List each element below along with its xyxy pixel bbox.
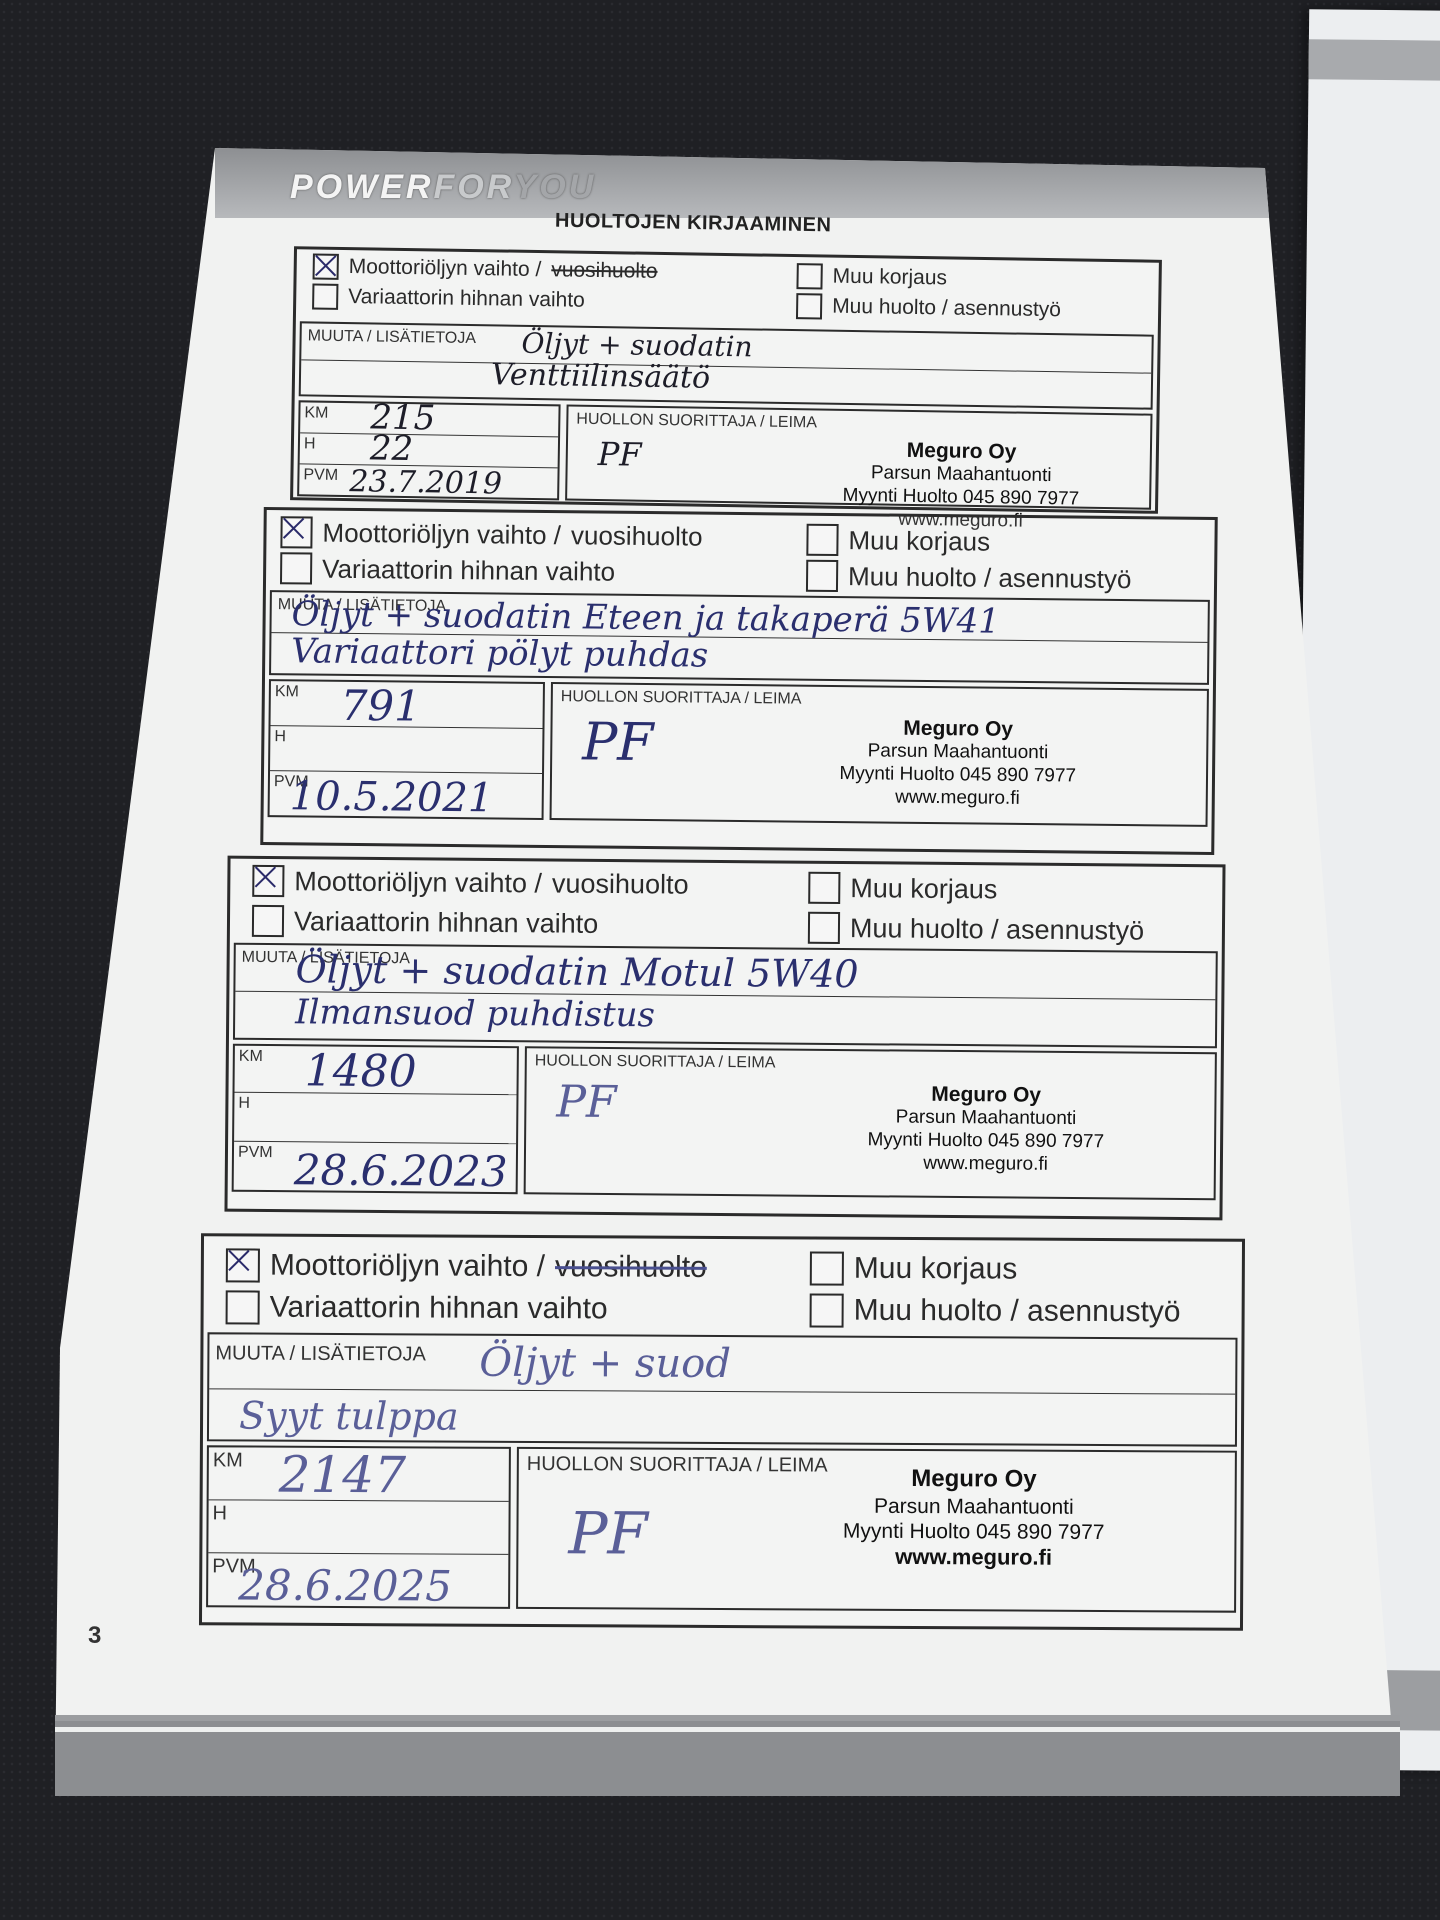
other-repair-label: Muu korjaus: [850, 873, 997, 905]
checkbox-icon[interactable]: [806, 524, 838, 556]
performer-stamp-box: HUOLLON SUORITTAJA / LEIMA PF Meguro Oy …: [565, 404, 1152, 509]
date-label: PVM: [238, 1144, 273, 1162]
oil-change-label: Moottoriöljyn vaihto /: [322, 517, 561, 550]
measurements-box: KM215 H22 PVM23.7.2019: [297, 400, 560, 500]
service-record-4: Moottoriöljyn vaihto / vuosihuolto Varia…: [199, 1233, 1245, 1630]
variator-belt-option[interactable]: Variaattorin hihnan vaihto: [226, 1290, 608, 1326]
performer-label: HUOLLON SUORITTAJA / LEIMA: [527, 1453, 828, 1478]
stamp-company: Meguro Oy: [868, 1081, 1105, 1108]
checkbox-icon[interactable]: [252, 905, 284, 937]
other-service-option[interactable]: Muu huolto / asennustyö: [806, 560, 1132, 595]
performer-stamp-box: HUOLLON SUORITTAJA / LEIMA PF Meguro Oy …: [550, 682, 1209, 827]
notes-field[interactable]: MUUTA / LISÄTIETOJA Öljyt + suodatin Ete…: [269, 590, 1210, 685]
checkbox-icon[interactable]: [280, 552, 312, 584]
other-repair-label: Muu korjaus: [832, 265, 947, 291]
oil-change-option[interactable]: Moottoriöljyn vaihto / vuosihuolto: [313, 253, 658, 284]
hours-label: H: [274, 728, 286, 746]
notes-field[interactable]: MUUTA / LISÄTIETOJA Öljyt + suodatin Mot…: [233, 943, 1218, 1049]
annual-service-label: vuosihuolto: [571, 520, 703, 552]
measurements-box: KM1480 H PVM28.6.2023: [232, 1044, 519, 1194]
service-record-1: Moottoriöljyn vaihto / vuosihuolto Varia…: [290, 246, 1162, 514]
km-value: 2147: [279, 1446, 407, 1505]
other-repair-option[interactable]: Muu korjaus: [810, 1251, 1018, 1286]
signature: PF: [556, 1077, 617, 1129]
footer-band: [55, 1715, 1400, 1796]
oil-change-option[interactable]: Moottoriöljyn vaihto / vuosihuolto: [226, 1248, 707, 1285]
stamp-line-2: Parsun Maahantuonti: [868, 1106, 1105, 1131]
adjacent-page-band: [1308, 39, 1440, 81]
date-label: PVM: [303, 466, 338, 485]
notes-field[interactable]: MUUTA / LISÄTIETOJA Öljyt + suod Syyt tu…: [207, 1332, 1238, 1446]
variator-belt-label: Variaattorin hihnan vaihto: [270, 1291, 608, 1327]
checkbox-checked-icon[interactable]: [313, 253, 339, 279]
oil-change-option[interactable]: Moottoriöljyn vaihto / vuosihuolto: [280, 516, 702, 552]
km-value: 1480: [304, 1045, 416, 1097]
notes-field[interactable]: MUUTA / LISÄTIETOJA Öljyt + suodatin Ven…: [299, 321, 1154, 409]
variator-belt-label: Variaattorin hihnan vaihto: [348, 285, 585, 313]
stamp-company: Meguro Oy: [843, 437, 1080, 466]
stamp-website: www.meguro.fi: [839, 786, 1076, 811]
other-repair-option[interactable]: Muu korjaus: [806, 524, 990, 558]
performer-label: HUOLLON SUORITTAJA / LEIMA: [561, 688, 802, 709]
measurements-box: KM2147 H PVM28.6.2025: [206, 1445, 511, 1609]
km-label: KM: [275, 683, 299, 701]
hours-label: H: [238, 1095, 250, 1113]
stamp-line-2: Parsun Maahantuonti: [840, 740, 1077, 765]
checkbox-icon[interactable]: [810, 1293, 844, 1327]
date-value: 23.7.2019: [349, 464, 502, 501]
checkbox-icon[interactable]: [810, 1251, 844, 1285]
km-label: KM: [213, 1449, 243, 1472]
km-label: KM: [239, 1048, 263, 1066]
signature: PF: [568, 1499, 648, 1567]
hours-label: H: [304, 435, 316, 453]
variator-belt-label: Variaattorin hihnan vaihto: [322, 553, 615, 587]
stamp-line-3: Myynti Huolto 045 890 7977: [842, 485, 1079, 512]
other-service-option[interactable]: Muu huolto / asennustyö: [796, 293, 1061, 323]
brand-word-1: POWER: [290, 168, 433, 206]
service-record-2: Moottoriöljyn vaihto / vuosihuolto Varia…: [260, 507, 1217, 855]
notes-line-2: Ilmansuod puhdistus: [295, 992, 655, 1035]
checkbox-icon[interactable]: [312, 283, 338, 309]
other-service-option[interactable]: Muu huolto / asennustyö: [810, 1293, 1181, 1329]
company-stamp: Meguro Oy Parsun Maahantuonti Myynti Huo…: [843, 1465, 1105, 1572]
annual-service-label: vuosihuolto: [552, 868, 689, 900]
km-value: 791: [340, 681, 421, 731]
checkbox-checked-icon[interactable]: [252, 865, 284, 897]
annual-service-label: vuosihuolto: [551, 258, 658, 284]
stamp-line-3: Myynti Huolto 045 890 7977: [839, 763, 1076, 788]
other-repair-option[interactable]: Muu korjaus: [808, 872, 997, 906]
checkbox-icon[interactable]: [796, 293, 822, 319]
date-value: 10.5.2021: [290, 773, 494, 821]
checkbox-icon[interactable]: [226, 1290, 260, 1324]
checkbox-checked-icon[interactable]: [280, 516, 312, 548]
hours-value: 22: [370, 428, 414, 469]
company-stamp: Meguro Oy Parsun Maahantuonti Myynti Huo…: [839, 715, 1077, 811]
checkbox-icon[interactable]: [796, 263, 822, 289]
performer-stamp-box: HUOLLON SUORITTAJA / LEIMA PF Meguro Oy …: [524, 1046, 1217, 1200]
other-service-label: Muu huolto / asennustyö: [850, 913, 1144, 947]
notes-line-2: Venttiilinsäätö: [491, 357, 711, 395]
brand-logo: POWERFORYOU: [290, 168, 596, 207]
page-title: HUOLTOJEN KIRJAAMINEN: [555, 210, 832, 238]
oil-change-label: Moottoriöljyn vaihto /: [270, 1249, 545, 1284]
other-service-option[interactable]: Muu huolto / asennustyö: [808, 912, 1144, 947]
oil-change-option[interactable]: Moottoriöljyn vaihto / vuosihuolto: [252, 865, 688, 901]
stamp-company: Meguro Oy: [840, 715, 1077, 743]
km-label: KM: [304, 404, 328, 422]
stamp-line-3: Myynti Huolto 045 890 7977: [843, 1519, 1105, 1546]
other-repair-label: Muu korjaus: [848, 525, 990, 557]
other-repair-option[interactable]: Muu korjaus: [796, 263, 947, 291]
checkbox-icon[interactable]: [808, 912, 840, 944]
measurements-box: KM791 H PVM10.5.2021: [268, 679, 545, 820]
date-value: 28.6.2023: [294, 1145, 508, 1196]
stamp-website: www.meguro.fi: [843, 1544, 1105, 1572]
performer-stamp-box: HUOLLON SUORITTAJA / LEIMA PF Meguro Oy …: [516, 1447, 1237, 1613]
oil-change-label: Moottoriöljyn vaihto /: [294, 866, 542, 899]
notes-line-1: Öljyt + suod: [479, 1340, 731, 1387]
brand-word-2: FOR: [433, 168, 513, 206]
notes-line-1: Öljyt + suodatin Motul 5W40: [295, 947, 858, 996]
performer-label: HUOLLON SUORITTAJA / LEIMA: [576, 411, 817, 433]
checkbox-checked-icon[interactable]: [226, 1248, 260, 1282]
hours-label: H: [213, 1502, 228, 1525]
stamp-line-3: Myynti Huolto 045 890 7977: [867, 1129, 1104, 1154]
performer-label: HUOLLON SUORITTAJA / LEIMA: [535, 1052, 776, 1072]
notes-line-2: Variaattori pölyt puhdas: [291, 631, 708, 675]
page-number: 3: [88, 1622, 101, 1650]
oil-change-label: Moottoriöljyn vaihto /: [349, 255, 542, 282]
stamp-company: Meguro Oy: [843, 1465, 1105, 1495]
signature: PF: [582, 712, 654, 773]
annual-service-label: vuosihuolto: [555, 1250, 707, 1285]
other-service-label: Muu huolto / asennustyö: [832, 295, 1061, 323]
checkbox-icon[interactable]: [806, 560, 838, 592]
notes-line-2: Syyt tulppa: [239, 1393, 459, 1438]
brand-word-3: YOU: [514, 168, 597, 206]
variator-belt-label: Variaattorin hihnan vaihto: [294, 906, 598, 940]
other-repair-label: Muu korjaus: [854, 1252, 1018, 1287]
stamp-website: www.meguro.fi: [867, 1152, 1104, 1177]
variator-belt-option[interactable]: Variaattorin hihnan vaihto: [252, 905, 598, 940]
company-stamp: Meguro Oy Parsun Maahantuonti Myynti Huo…: [867, 1081, 1104, 1177]
service-record-3: Moottoriöljyn vaihto / vuosihuolto Varia…: [224, 856, 1225, 1221]
checkbox-icon[interactable]: [808, 872, 840, 904]
variator-belt-option[interactable]: Variaattorin hihnan vaihto: [312, 283, 585, 313]
signature: PF: [598, 435, 642, 474]
other-service-label: Muu huolto / asennustyö: [854, 1294, 1181, 1330]
variator-belt-option[interactable]: Variaattorin hihnan vaihto: [280, 552, 615, 588]
date-value: 28.6.2025: [238, 1560, 452, 1610]
stamp-line-2: Parsun Maahantuonti: [843, 1493, 1105, 1520]
other-service-label: Muu huolto / asennustyö: [848, 561, 1132, 595]
